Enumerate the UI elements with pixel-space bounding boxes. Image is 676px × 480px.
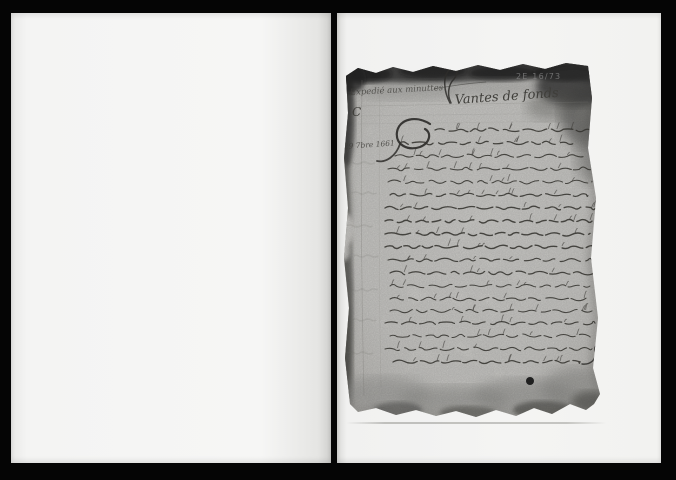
page-edge-line	[346, 422, 606, 424]
margin-letter: C	[352, 105, 361, 119]
handwriting-ascender	[595, 244, 598, 246]
left-blank-page	[11, 13, 331, 463]
parchment-detail-layer: Expedié aux minuttes 2E 16/73 Vantes de …	[338, 58, 612, 422]
parchment-scan-svg: Expedié aux minuttes 2E 16/73 Vantes de …	[338, 58, 612, 422]
scanner-background: Expedié aux minuttes 2E 16/73 Vantes de …	[0, 0, 676, 480]
archive-stamp: 2E 16/73	[516, 72, 561, 81]
paper-mottle-texture	[338, 58, 612, 422]
